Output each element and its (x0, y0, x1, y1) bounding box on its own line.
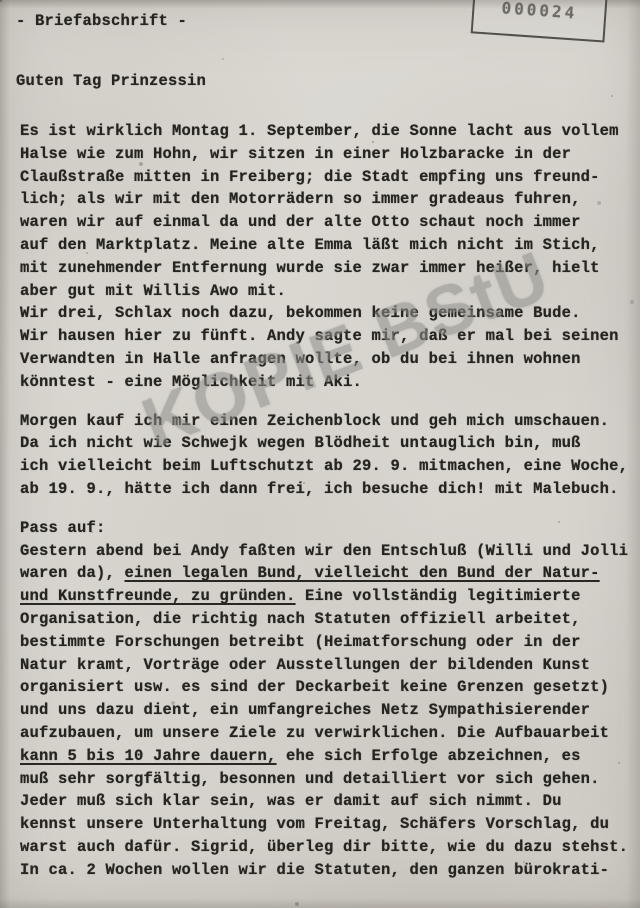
text-segment: kennst unsere Unterhaltung vom Freitag, … (20, 815, 609, 833)
letter-line: In ca. 2 Wochen wollen wir die Statuten,… (20, 859, 632, 882)
text-segment: bestimmte Forschungen betreibt (Heimatfo… (20, 633, 581, 651)
underlined-text-segment: und Kunstfreunde, zu gründen. (20, 587, 296, 605)
paper-speckle-texture (0, 0, 2, 2)
scanned-letter-page: 000024 - Briefabschrift - Guten Tag Prin… (0, 0, 640, 908)
text-segment: mit zunehmender Entfernung wurde sie zwa… (20, 259, 600, 277)
text-segment: ich vielleicht beim Luftschutzt ab 29. 9… (20, 457, 628, 475)
text-segment: warst auch dafür. Sigrid, überleg dir bi… (20, 838, 628, 856)
letter-line: warst auch dafür. Sigrid, überleg dir bi… (20, 836, 632, 859)
text-segment: Verwandten in Halle anfragen wollte, ob … (20, 350, 581, 368)
letter-line: Morgen kauf ich mir einen Zeichenblock u… (20, 410, 632, 433)
text-segment: Da ich nicht wie Schwejk wegen Blödheit … (20, 434, 581, 452)
underlined-text-segment: einen legalen Bund, vielleicht den Bund … (125, 564, 600, 582)
text-segment: Wir hausen hier zu fünft. Andy sagte mir… (20, 327, 619, 345)
text-segment: Es ist wirklich Montag 1. September, die… (20, 122, 619, 140)
letter-line: Verwandten in Halle anfragen wollte, ob … (20, 348, 632, 371)
text-segment: muß sehr sorgfältig, besonnen und detail… (20, 770, 600, 788)
text-segment: In ca. 2 Wochen wollen wir die Statuten,… (20, 861, 609, 879)
text-segment: aufzubauen, um unsere Ziele zu verwirkli… (20, 724, 609, 742)
registration-stamp-box: 000024 (471, 0, 612, 43)
letter-line: ich vielleicht beim Luftschutzt ab 29. 9… (20, 455, 632, 478)
letter-line: Natur kramt, Vorträge oder Ausstellungen… (20, 654, 632, 677)
letter-line: Wir drei, Schlax noch dazu, bekommen kei… (20, 302, 632, 325)
letter-line: Es ist wirklich Montag 1. September, die… (20, 120, 632, 143)
text-segment: lich; als wir mit den Motorrädern so imm… (20, 190, 581, 208)
text-segment: Organisation, die richtig nach Statuten … (20, 610, 581, 628)
greeting-line: Guten Tag Prinzessin (16, 72, 206, 90)
letter-line: waren da), einen legalen Bund, vielleich… (20, 562, 632, 585)
letter-line: Wir hausen hier zu fünft. Andy sagte mir… (20, 325, 632, 348)
text-segment: organisiert usw. es sind der Deckarbeit … (20, 678, 609, 696)
letter-line: waren wir auf einmal da und der alte Ott… (20, 211, 632, 234)
letter-body: Es ist wirklich Montag 1. September, die… (20, 120, 632, 882)
text-segment: auf den Marktplatz. Meine alte Emma läßt… (20, 236, 600, 254)
letter-line: Da ich nicht wie Schwejk wegen Blödheit … (20, 432, 632, 455)
letter-line: auf den Marktplatz. Meine alte Emma läßt… (20, 234, 632, 257)
letter-line: aber gut mit Willis Awo mit. (20, 280, 632, 303)
letter-line: mit zunehmender Entfernung wurde sie zwa… (20, 257, 632, 280)
text-segment: Wir drei, Schlax noch dazu, bekommen kei… (20, 304, 581, 322)
letter-line: und Kunstfreunde, zu gründen. Eine volls… (20, 585, 632, 608)
text-segment: könntest - eine Möglichkeit mit Aki. (20, 373, 362, 391)
letter-line: bestimmte Forschungen betreibt (Heimatfo… (20, 631, 632, 654)
letter-line: ab 19. 9., hätte ich dann frei, ich besu… (20, 478, 632, 501)
letter-line: Jeder muß sich klar sein, was er damit a… (20, 790, 632, 813)
text-segment: und uns dazu dient, ein umfangreiches Ne… (20, 701, 590, 719)
letter-line: Organisation, die richtig nach Statuten … (20, 608, 632, 631)
text-segment: Morgen kauf ich mir einen Zeichenblock u… (20, 412, 609, 430)
letter-line: kennst unsere Unterhaltung vom Freitag, … (20, 813, 632, 836)
text-segment: Pass auf: (20, 519, 106, 537)
text-segment: aber gut mit Willis Awo mit. (20, 282, 286, 300)
letter-line: Halse wie zum Hohn, wir sitzen in einer … (20, 143, 632, 166)
underlined-text-segment: kann 5 bis 10 Jahre dauern, (20, 747, 277, 765)
copy-header-label: - Briefabschrift - (16, 12, 187, 30)
text-segment: ehe sich Erfolge abzeichnen, es (277, 747, 581, 765)
letter-line: und uns dazu dient, ein umfangreiches Ne… (20, 699, 632, 722)
text-segment: Halse wie zum Hohn, wir sitzen in einer … (20, 145, 571, 163)
blank-line (20, 394, 632, 410)
text-segment: Gestern abend bei Andy faßten wir den En… (20, 542, 628, 560)
text-segment: waren wir auf einmal da und der alte Ott… (20, 213, 581, 231)
letter-line: Claußstraße mitten in Freiberg; die Stad… (20, 166, 632, 189)
letter-line: könntest - eine Möglichkeit mit Aki. (20, 371, 632, 394)
text-segment: ab 19. 9., hätte ich dann frei, ich besu… (20, 480, 619, 498)
blank-line (20, 501, 632, 517)
letter-line: Pass auf: (20, 517, 632, 540)
letter-line: aufzubauen, um unsere Ziele zu verwirkli… (20, 722, 632, 745)
letter-line: organisiert usw. es sind der Deckarbeit … (20, 676, 632, 699)
letter-line: muß sehr sorgfältig, besonnen und detail… (20, 768, 632, 791)
text-segment: waren da), (20, 564, 125, 582)
text-segment: Jeder muß sich klar sein, was er damit a… (20, 792, 562, 810)
letter-line: lich; als wir mit den Motorrädern so imm… (20, 188, 632, 211)
letter-line: kann 5 bis 10 Jahre dauern, ehe sich Erf… (20, 745, 632, 768)
text-segment: Claußstraße mitten in Freiberg; die Stad… (20, 168, 600, 186)
letter-line: Gestern abend bei Andy faßten wir den En… (20, 540, 632, 563)
stamp-page-number: 000024 (474, 0, 605, 24)
text-segment: Natur kramt, Vorträge oder Ausstellungen… (20, 656, 590, 674)
text-segment: Eine vollständig legitimierte (296, 587, 581, 605)
